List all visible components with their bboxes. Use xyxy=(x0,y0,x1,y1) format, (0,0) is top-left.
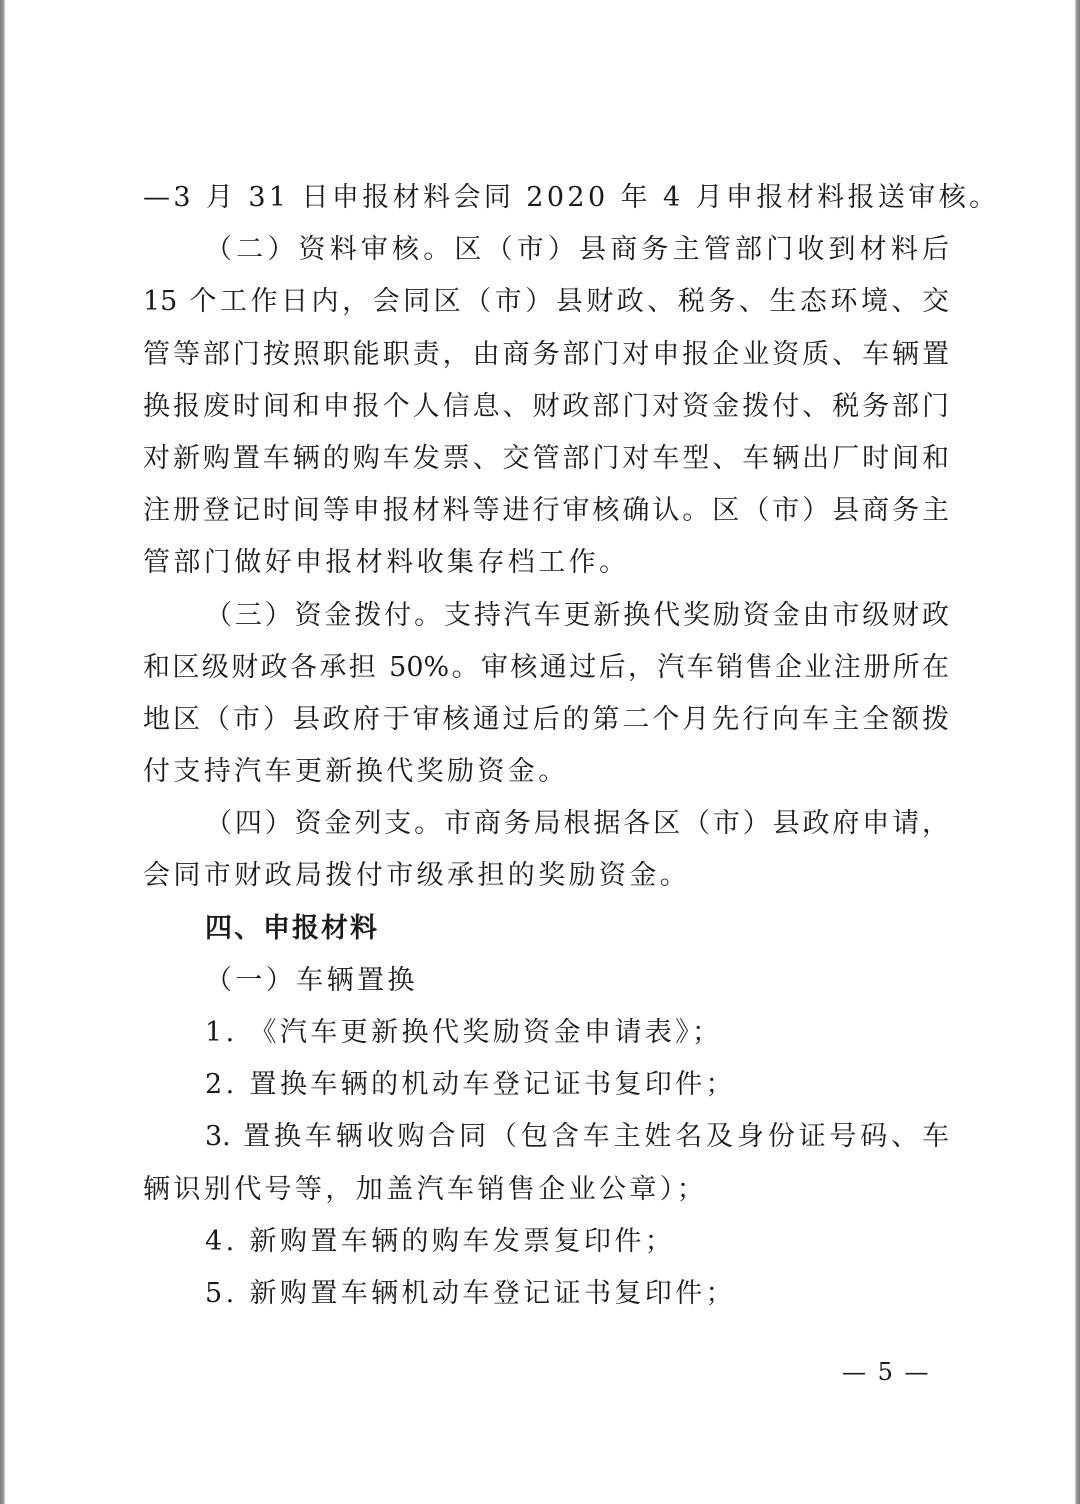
list-item: 3. 置换车辆收购合同（包含车主姓名及身份证号码、车 xyxy=(143,1111,949,1163)
document-page: —3 月 31 日申报材料会同 2020 年 4 月申报材料报送审核。 （二）资… xyxy=(143,172,949,1320)
paragraph-continuation-line: —3 月 31 日申报材料会同 2020 年 4 月申报材料报送审核。 xyxy=(143,172,949,224)
section-4-expenditure-line: （四）资金列支。市商务局根据各区（市）县政府申请， xyxy=(143,798,949,850)
section-2-review-line: 注册登记时间等申报材料等进行审核确认。区（市）县商务主 xyxy=(143,485,949,537)
section-3-funding-line: 和区级财政各承担 50%。审核通过后，汽车销售企业注册所在 xyxy=(143,642,949,694)
section-3-funding-line: 付支持汽车更新换代奖励资金。 xyxy=(143,746,949,798)
list-item: 1. 《汽车更新换代奖励资金申请表》； xyxy=(143,1007,949,1059)
section-2-review-line: 对新购置车辆的购车发票、交管部门对车型、车辆出厂时间和 xyxy=(143,433,949,485)
page-edge-left xyxy=(0,0,5,1504)
section-2-review-line: 管等部门按照职能职责，由商务部门对申报企业资质、车辆置 xyxy=(143,329,949,381)
list-item: 5. 新购置车辆机动车登记证书复印件； xyxy=(143,1268,949,1320)
list-item-continuation: 辆识别代号等，加盖汽车销售企业公章）； xyxy=(143,1164,949,1216)
page-edge-right xyxy=(1075,0,1080,1504)
heading-application-materials: 四、申报材料 xyxy=(143,903,949,955)
page-number: — 5 — xyxy=(842,1358,931,1386)
section-3-funding-line: （三）资金拨付。支持汽车更新换代奖励资金由市级财政 xyxy=(143,590,949,642)
section-4-expenditure-line: 会同市财政局拨付市级承担的奖励资金。 xyxy=(143,850,949,902)
section-2-review-line: 换报废时间和申报个人信息、财政部门对资金拨付、税务部门 xyxy=(143,381,949,433)
section-2-review-line: 15 个工作日内，会同区（市）县财政、税务、生态环境、交 xyxy=(143,276,949,328)
section-2-review-line: （二）资料审核。区（市）县商务主管部门收到材料后 xyxy=(143,224,949,276)
list-item: 2. 置换车辆的机动车登记证书复印件； xyxy=(143,1059,949,1111)
section-2-review-line: 管部门做好申报材料收集存档工作。 xyxy=(143,537,949,589)
list-item: 4. 新购置车辆的购车发票复印件； xyxy=(143,1216,949,1268)
subheading-vehicle-replacement: （一）车辆置换 xyxy=(143,955,949,1007)
section-3-funding-line: 地区（市）县政府于审核通过后的第二个月先行向车主全额拨 xyxy=(143,694,949,746)
